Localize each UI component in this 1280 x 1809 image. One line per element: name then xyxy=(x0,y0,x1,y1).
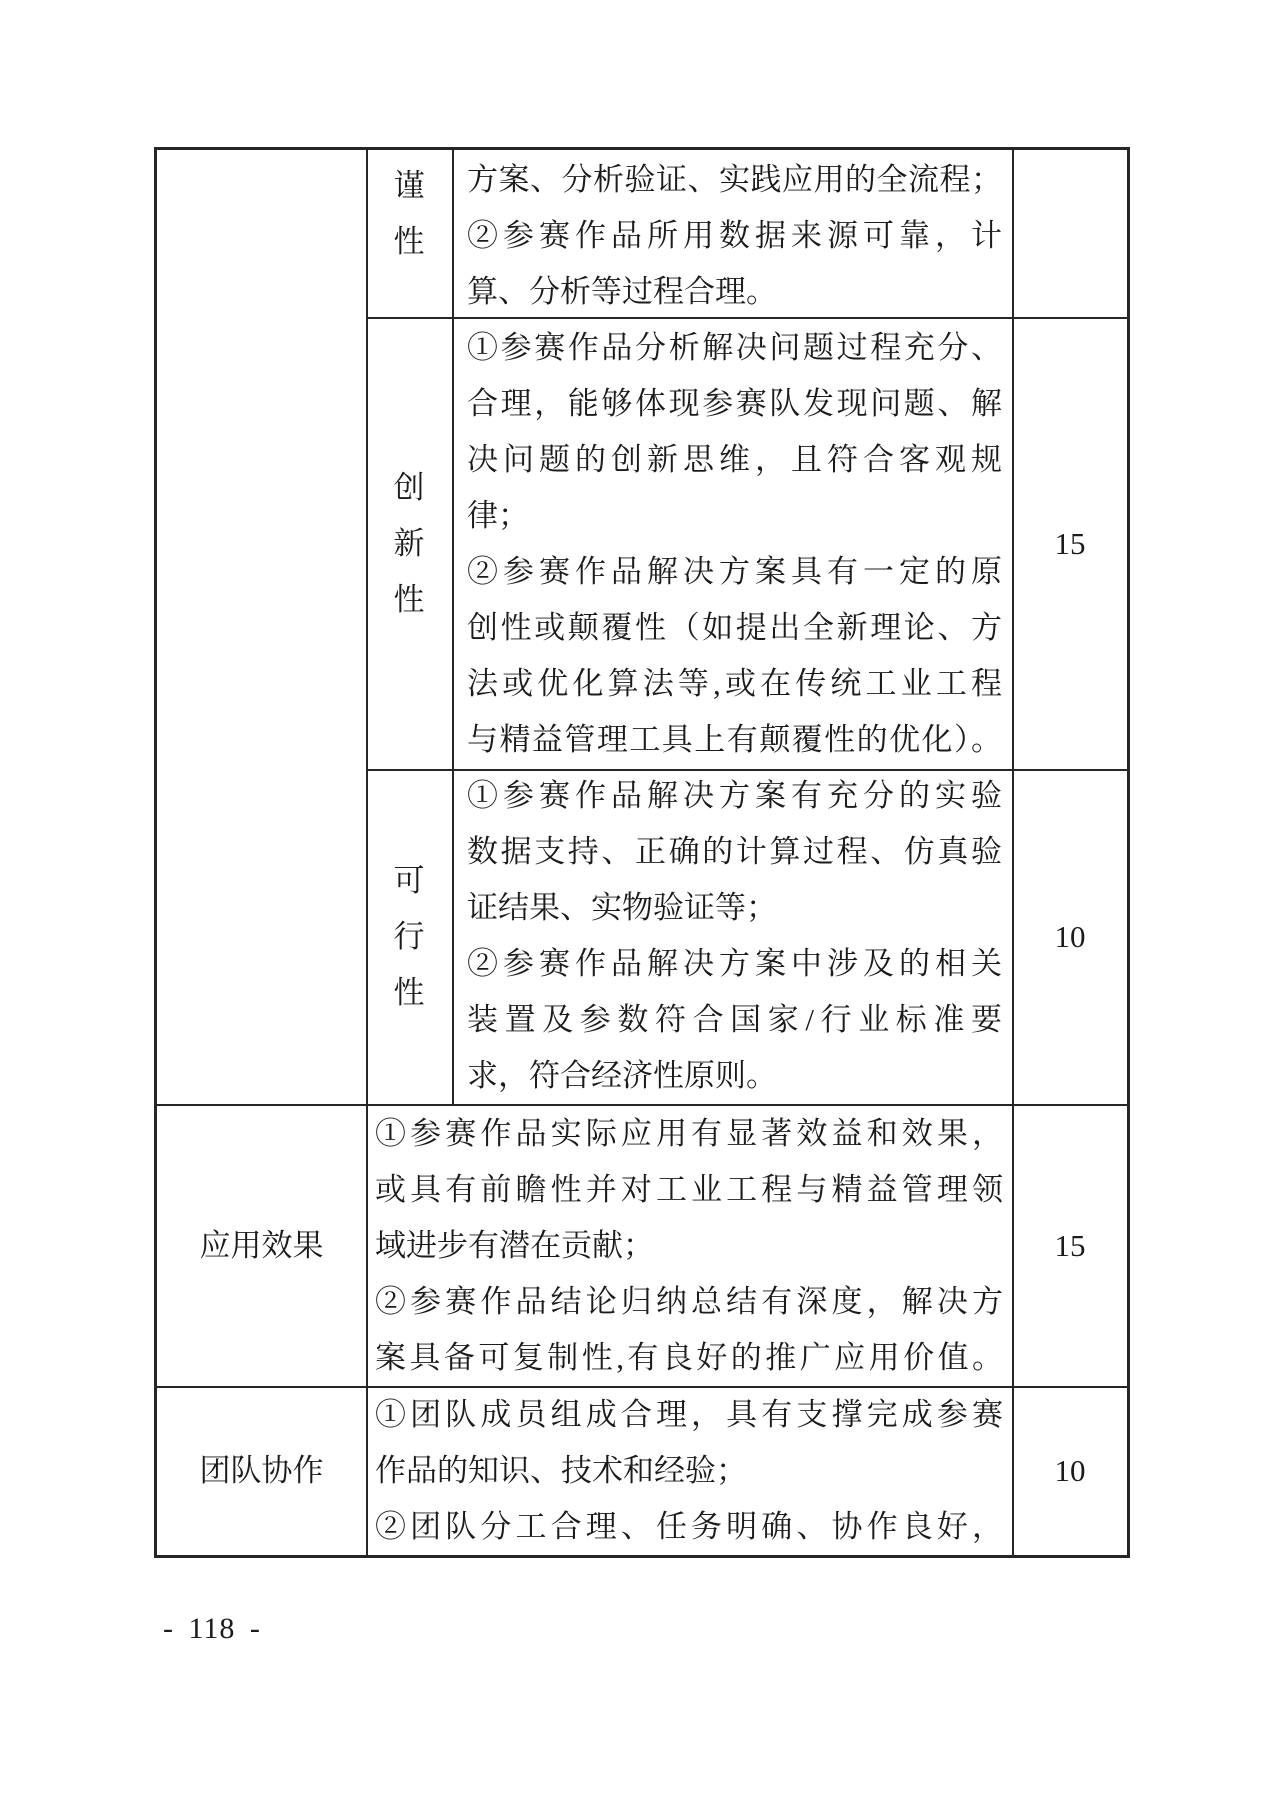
criterion-label-teamwork: 团队协作 xyxy=(157,1443,366,1499)
grid-line-vertical-3 xyxy=(1012,150,1014,1555)
criterion-label-application: 应用效果 xyxy=(157,1218,366,1274)
description-line: 装置及参数符合国家/行业标准要 xyxy=(467,992,1002,1048)
description-line: ②参赛作品解决方案具有一定的原 xyxy=(467,544,1002,600)
description-line: ①团队成员组成合理，具有支撑完成参赛 xyxy=(375,1387,1003,1443)
document-page: 谨 性 方案、分析验证、实践应用的全流程； ②参赛作品所用数据来源可靠，计 算、… xyxy=(0,0,1280,1809)
criterion-label-char: 创 xyxy=(367,460,451,516)
criterion-label-char: 性 xyxy=(367,214,451,270)
description-line: ①参赛作品解决方案有充分的实验 xyxy=(467,768,1002,824)
criterion-label-char: 谨 xyxy=(367,158,451,214)
description-cell-innovation: ①参赛作品分析解决问题过程充分、 合理，能够体现参赛队发现问题、解 决问题的创新… xyxy=(467,320,1002,768)
criteria-table: 谨 性 方案、分析验证、实践应用的全流程； ②参赛作品所用数据来源可靠，计 算、… xyxy=(154,147,1130,1558)
criterion-label-char: 性 xyxy=(367,965,451,1021)
description-line: 证结果、实物验证等； xyxy=(467,880,1002,936)
criterion-label-char: 性 xyxy=(367,572,451,628)
description-line: 案具备可复制性,有良好的推广应用价值。 xyxy=(375,1330,1003,1386)
description-line: 方案、分析验证、实践应用的全流程； xyxy=(467,152,1002,208)
description-line: 算、分析等过程合理。 xyxy=(467,264,1002,320)
score-cell-innovation: 15 xyxy=(1013,516,1127,572)
description-line: ②团队分工合理、任务明确、协作良好， xyxy=(375,1499,1003,1555)
page-number: - 118 - xyxy=(163,1612,261,1646)
criterion-label-char: 新 xyxy=(367,516,451,572)
score-cell-feasibility: 10 xyxy=(1013,909,1127,965)
score-cell-teamwork: 10 xyxy=(1013,1443,1127,1499)
description-line: ①参赛作品分析解决问题过程充分、 xyxy=(467,320,1002,376)
description-line: 作品的知识、技术和经验； xyxy=(375,1443,1003,1499)
description-line: ②参赛作品结论归纳总结有深度，解决方 xyxy=(375,1274,1003,1330)
description-line: 合理，能够体现参赛队发现问题、解 xyxy=(467,376,1002,432)
description-line: 求，符合经济性原则。 xyxy=(467,1048,1002,1104)
description-line: 与精益管理工具上有颠覆性的优化）。 xyxy=(467,712,1002,768)
description-line: 数据支持、正确的计算过程、仿真验 xyxy=(467,824,1002,880)
description-line: 法或优化算法等,或在传统工业工程 xyxy=(467,656,1002,712)
criterion-label-feasibility: 可 行 性 xyxy=(367,853,451,1021)
description-line: ②参赛作品解决方案中涉及的相关 xyxy=(467,936,1002,992)
description-line: ①参赛作品实际应用有显著效益和效果， xyxy=(375,1106,1003,1162)
description-line: 律； xyxy=(467,488,1002,544)
description-line: ②参赛作品所用数据来源可靠，计 xyxy=(467,208,1002,264)
description-cell-feasibility: ①参赛作品解决方案有充分的实验 数据支持、正确的计算过程、仿真验 证结果、实物验… xyxy=(467,768,1002,1104)
criterion-label-char: 可 xyxy=(367,853,451,909)
description-cell-rigor: 方案、分析验证、实践应用的全流程； ②参赛作品所用数据来源可靠，计 算、分析等过… xyxy=(467,152,1002,320)
description-line: 决问题的创新思维，且符合客观规 xyxy=(467,432,1002,488)
description-cell-teamwork: ①团队成员组成合理，具有支撑完成参赛 作品的知识、技术和经验； ②团队分工合理、… xyxy=(375,1387,1003,1555)
criterion-label-char: 行 xyxy=(367,909,451,965)
description-line: 域进步有潜在贡献； xyxy=(375,1218,1003,1274)
criterion-label-innovation: 创 新 性 xyxy=(367,460,451,628)
grid-line-vertical-2 xyxy=(452,150,454,1105)
description-line: 创性或颠覆性（如提出全新理论、方 xyxy=(467,600,1002,656)
description-cell-application: ①参赛作品实际应用有显著效益和效果， 或具有前瞻性并对工业工程与精益管理领 域进… xyxy=(375,1106,1003,1386)
description-line: 或具有前瞻性并对工业工程与精益管理领 xyxy=(375,1162,1003,1218)
score-cell-application: 15 xyxy=(1013,1218,1127,1274)
criterion-label-rigor: 谨 性 xyxy=(367,158,451,270)
